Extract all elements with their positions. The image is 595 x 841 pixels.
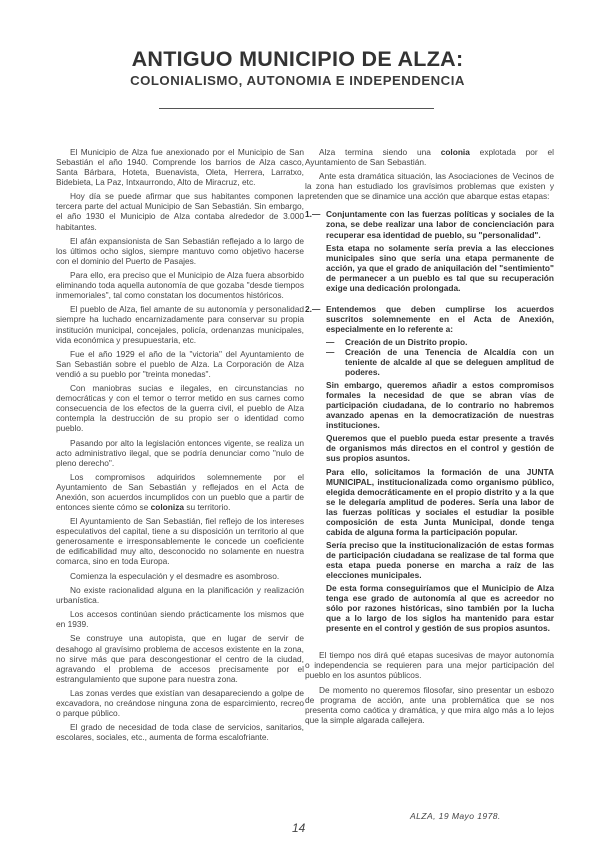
dash-item: —Creación de un Distrito propio. [326,337,554,347]
paragraph: De esta forma conseguiríamos que el Muni… [326,583,554,633]
paragraph: El pueblo de Alza, fiel amante de su aut… [56,304,304,344]
dash-bullet: — [326,347,345,377]
paragraph: El afán expansionista de San Sebastián r… [56,236,304,266]
list-item-1: 1.— Conjuntamente con las fuerzas políti… [305,209,554,295]
text: Alza termina siendo una [319,147,441,157]
paragraph: Comienza la especulación y el desmadre e… [56,571,304,581]
text: su territorio. [184,502,230,512]
paragraph: Entendemos que deben cumplirse los acuer… [326,304,554,334]
list-number: 2.— [305,304,326,380]
right-column: Alza termina siendo una colonia explotad… [305,147,554,729]
paragraph: Sería preciso que la institucionalizació… [326,540,554,580]
paragraph: Las zonas verdes que existían van desapa… [56,688,304,718]
article-title: ANTIGUO MUNICIPIO DE ALZA: [0,47,595,72]
paragraph: Con maniobras sucias e ilegales, en circ… [56,383,304,433]
emphasis-colonia: colonia [441,147,470,157]
dash-bullet: — [326,337,345,347]
paragraph-closing: De momento no queremos filosofar, sino p… [305,685,554,725]
signature-date: ALZA, 19 Mayo 1978. [410,811,501,821]
paragraph: Sin embargo, queremos añadir a estos com… [326,380,554,430]
list-item-2: 2.— Entendemos que deben cumplirse los a… [305,304,554,380]
dash-text: Creación de una Tenencia de Alcaldía con… [345,347,554,377]
list-item-2-continued: Sin embargo, queremos añadir a estos com… [305,380,554,636]
list-number: 1.— [305,209,326,295]
paragraph: Para ello, era preciso que el Municipio … [56,270,304,300]
page-number: 14 [292,821,305,835]
dash-text: Creación de un Distrito propio. [345,337,554,347]
paragraph: El Ayuntamiento de San Sebastián, fiel r… [56,516,304,566]
paragraph: Queremos que el pueblo pueda estar prese… [326,433,554,463]
paragraph: El Municipio de Alza fue anexionado por … [56,147,304,187]
list-item-body: Conjuntamente con las fuerzas políticas … [326,209,554,295]
paragraph-closing: El tiempo nos dirá qué etapas sucesivas … [305,650,554,680]
article-subtitle: COLONIALISMO, AUTONOMIA E INDEPENDENCIA [0,73,595,88]
list-item-body: Entendemos que deben cumplirse los acuer… [326,304,554,380]
emphasis-colonize: coloniza [151,502,184,512]
paragraph-intro: Ante esta dramática situación, las Asoci… [305,171,554,201]
dash-item: —Creación de una Tenencia de Alcaldía co… [326,347,554,377]
left-column: El Municipio de Alza fue anexionado por … [56,147,304,746]
indent-spacer [305,380,326,636]
paragraph: Para ello, solicitamos la formación de u… [326,467,554,537]
paragraph: El grado de necesidad de toda clase de s… [56,722,304,742]
paragraph: Pasando por alto la legislación entonces… [56,438,304,468]
paragraph: No existe racionalidad alguna en la plan… [56,585,304,605]
paragraph: Conjuntamente con las fuerzas políticas … [326,209,554,239]
paragraph: Fue el año 1929 el año de la "victoria" … [56,349,304,379]
paragraph: Esta etapa no solamente sería previa a l… [326,243,554,293]
paragraph-colonia: Alza termina siendo una colonia explotad… [305,147,554,167]
paragraph: Hoy día se puede afirmar que sus habitan… [56,191,304,231]
paragraph: Se construye una autopista, que en lugar… [56,633,304,683]
paragraph-colonize: Los compromisos adquiridos solemnemente … [56,472,304,512]
title-divider [159,108,434,109]
list-item-body: Sin embargo, queremos añadir a estos com… [326,380,554,636]
paragraph: Los accesos continúan siendo prácticamen… [56,609,304,629]
